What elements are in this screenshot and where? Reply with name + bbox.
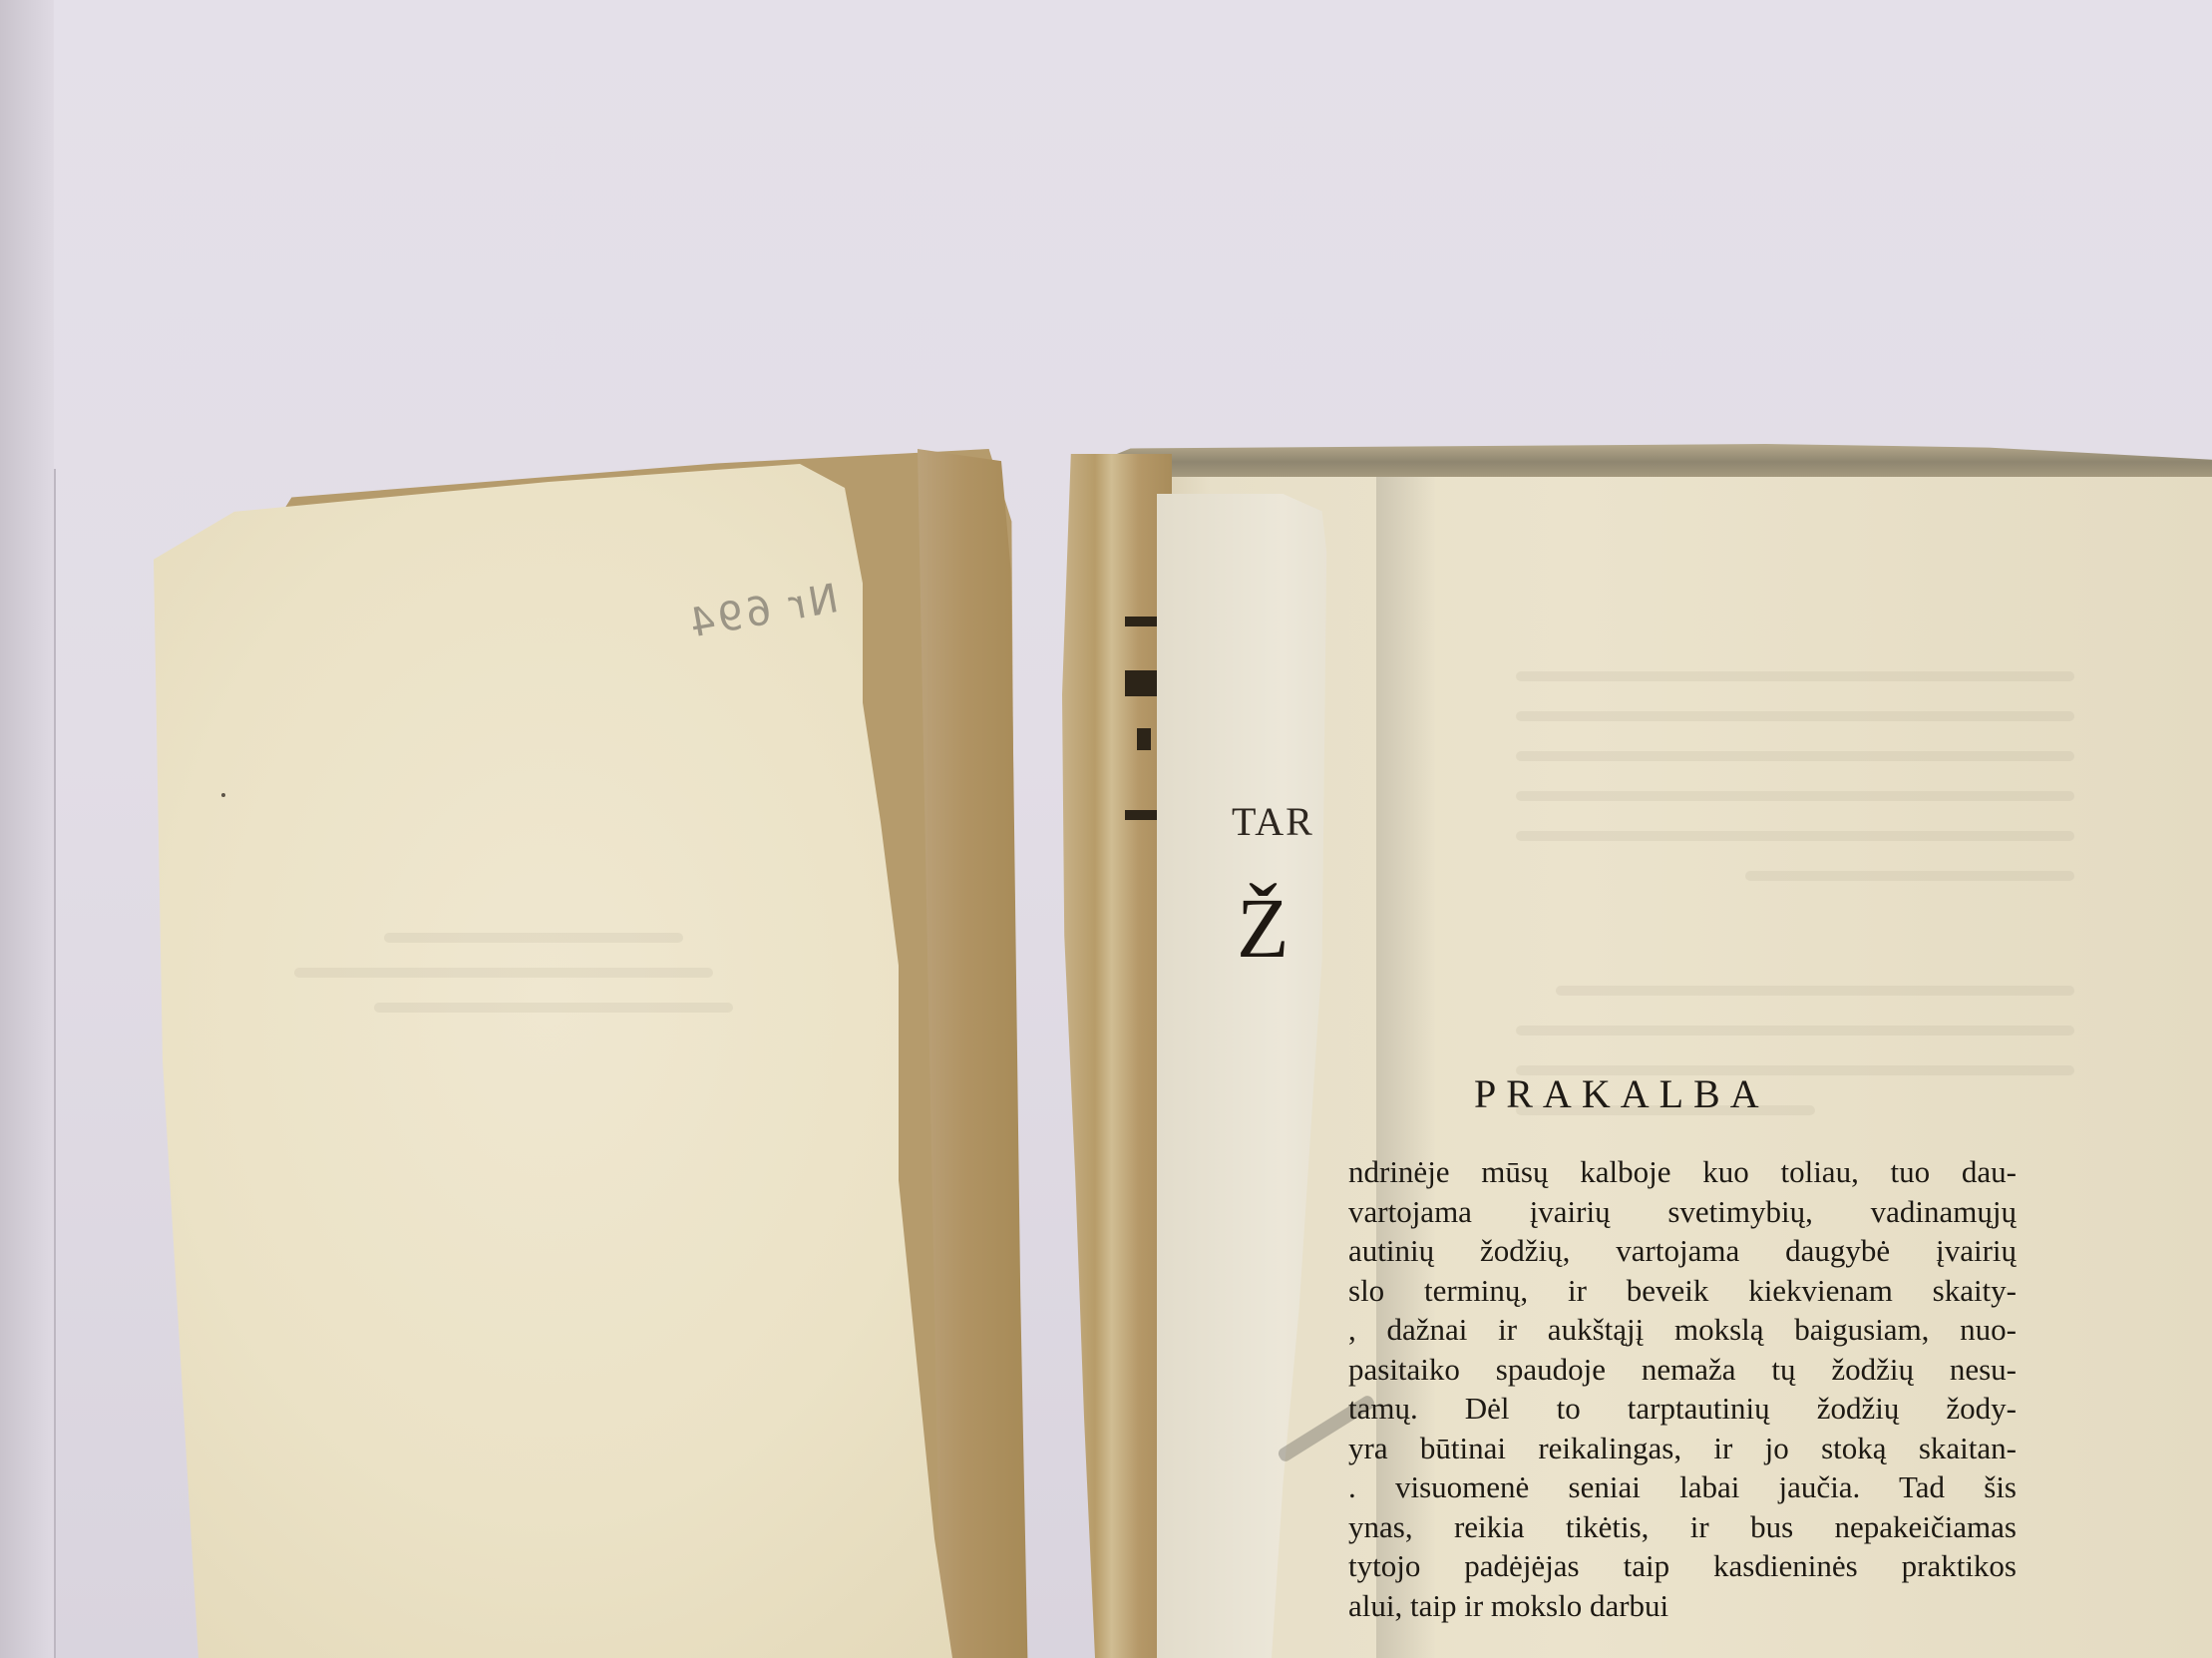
showthrough-line <box>294 968 713 978</box>
wall-edge <box>0 0 54 1658</box>
text-line: ynas, reikia tikėtis, ir bus nepakeičiam… <box>1348 1507 2017 1547</box>
showthrough-line <box>1745 871 2074 881</box>
text-line: tamų. Dėl to tarptautinių žodžių žody- <box>1348 1389 2017 1429</box>
text-line: . visuomenė seniai labai jaučia. Tad šis <box>1348 1467 2017 1507</box>
text-line: , dažnai ir aukštąjį mokslą baigusiam, n… <box>1348 1310 2017 1350</box>
page-heading: PRAKALBA <box>1474 1070 1769 1117</box>
text-line: yra būtinai reikalingas, ir jo stoką ska… <box>1348 1429 2017 1468</box>
text-line: autinių žodžių, vartojama daugybė įvairi… <box>1348 1231 2017 1271</box>
showthrough-line <box>1516 751 2074 761</box>
book-spine <box>1062 454 1172 1658</box>
showthrough-line <box>374 1003 733 1013</box>
text-line: tytojo padėjėjas taip kasdieninės prakti… <box>1348 1546 2017 1586</box>
text-line: vartojama įvairių svetimybių, vadinamųjų <box>1348 1192 2017 1232</box>
showthrough-line <box>1516 1026 2074 1036</box>
preface-paragraph: ndrinėje mūsų kalboje kuo toliau, tuo da… <box>1348 1152 2017 1625</box>
text-line: ndrinėje mūsų kalboje kuo toliau, tuo da… <box>1348 1152 2017 1192</box>
text-line: pasitaiko spaudoje nemaža tų žodžių nesu… <box>1348 1350 2017 1390</box>
text-line: slo terminų, ir beveik kiekvienam skaity… <box>1348 1271 2017 1311</box>
showthrough-line <box>1556 986 2074 996</box>
showthrough-line <box>1516 711 2074 721</box>
spine-print-fragment <box>1137 728 1151 750</box>
title-fragment: TAR <box>1232 798 1314 845</box>
title-big-letter: Ž <box>1237 878 1290 978</box>
ink-speck <box>221 793 225 797</box>
showthrough-line <box>1516 831 2074 841</box>
text-line: alui, taip ir mokslo darbui <box>1348 1586 2017 1626</box>
showthrough-line <box>1516 671 2074 681</box>
spine-print-fragment <box>1125 670 1161 696</box>
showthrough-line <box>384 933 683 943</box>
showthrough-line <box>1516 791 2074 801</box>
